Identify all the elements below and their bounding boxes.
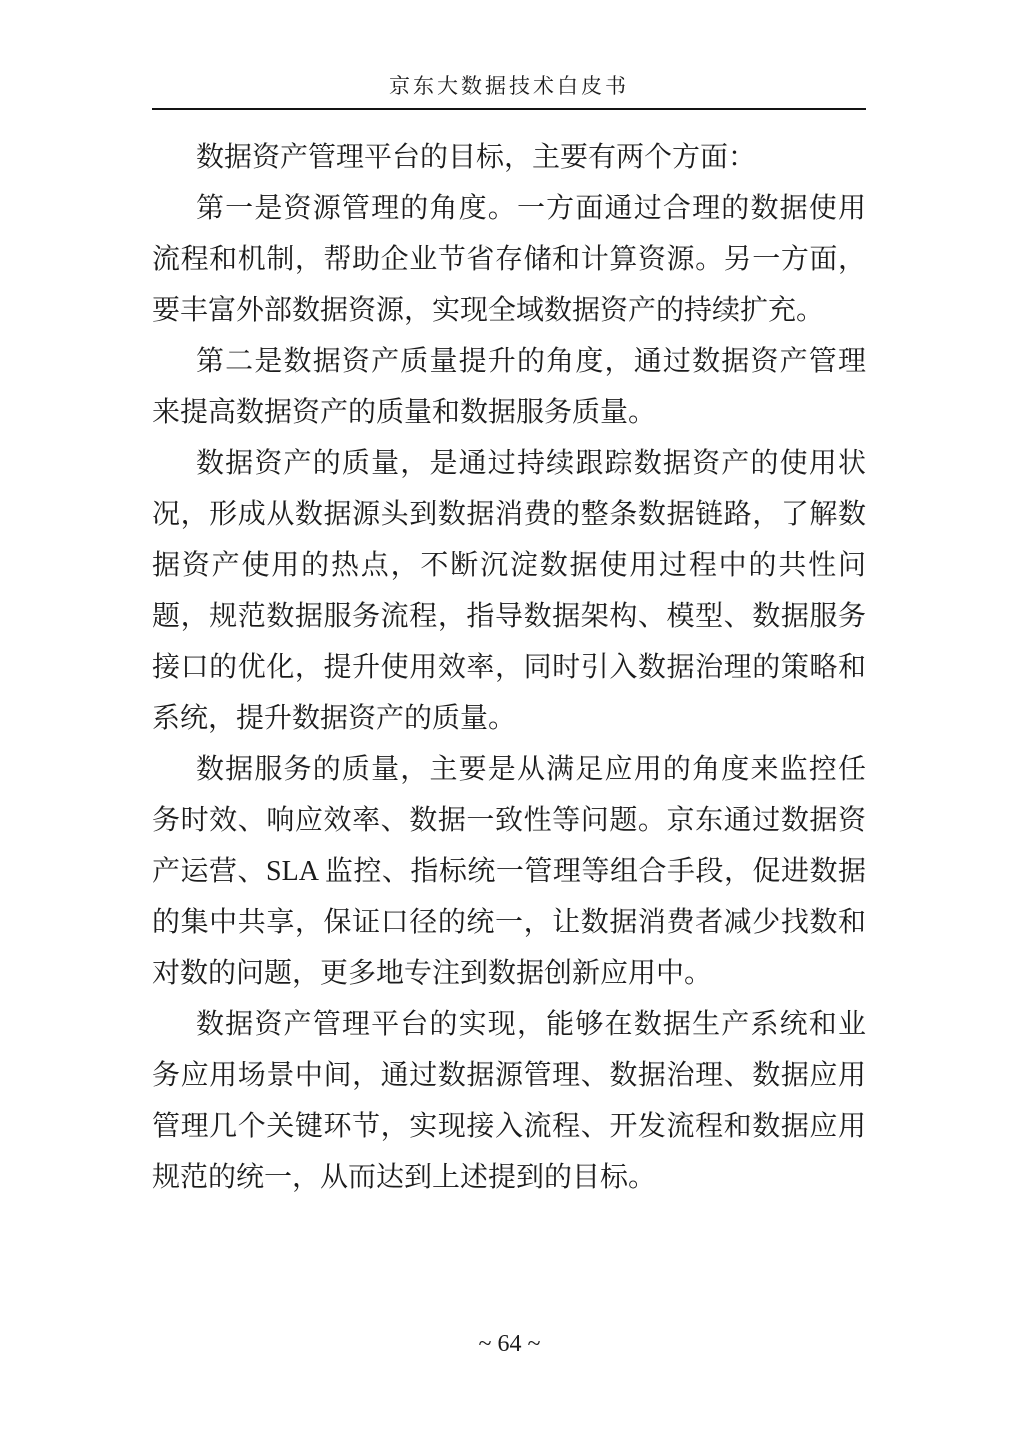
- body-paragraph: 数据服务的质量，主要是从满足应用的角度来监控任务时效、响应效率、数据一致性等问题…: [152, 744, 866, 999]
- page-number: ~ 64 ~: [479, 1331, 541, 1357]
- document-page: 京东大数据技术白皮书 数据资产管理平台的目标，主要有两个方面： 第一是资源管理的…: [0, 0, 1019, 1440]
- page-header: 京东大数据技术白皮书: [152, 72, 866, 110]
- body-paragraph: 第二是数据资产质量提升的角度，通过数据资产管理来提高数据资产的质量和数据服务质量…: [152, 336, 866, 438]
- header-rule: [152, 108, 866, 110]
- page-footer: ~ 64 ~: [0, 1330, 1019, 1358]
- body-paragraph: 数据资产的质量，是通过持续跟踪数据资产的使用状况，形成从数据源头到数据消费的整条…: [152, 438, 866, 744]
- body-paragraph: 第一是资源管理的角度。一方面通过合理的数据使用流程和机制，帮助企业节省存储和计算…: [152, 183, 866, 336]
- body-paragraph: 数据资产管理平台的实现，能够在数据生产系统和业务应用场景中间，通过数据源管理、数…: [152, 999, 866, 1203]
- body-paragraph: 数据资产管理平台的目标，主要有两个方面：: [152, 132, 866, 183]
- document-body: 数据资产管理平台的目标，主要有两个方面： 第一是资源管理的角度。一方面通过合理的…: [152, 132, 866, 1203]
- header-title: 京东大数据技术白皮书: [152, 72, 866, 100]
